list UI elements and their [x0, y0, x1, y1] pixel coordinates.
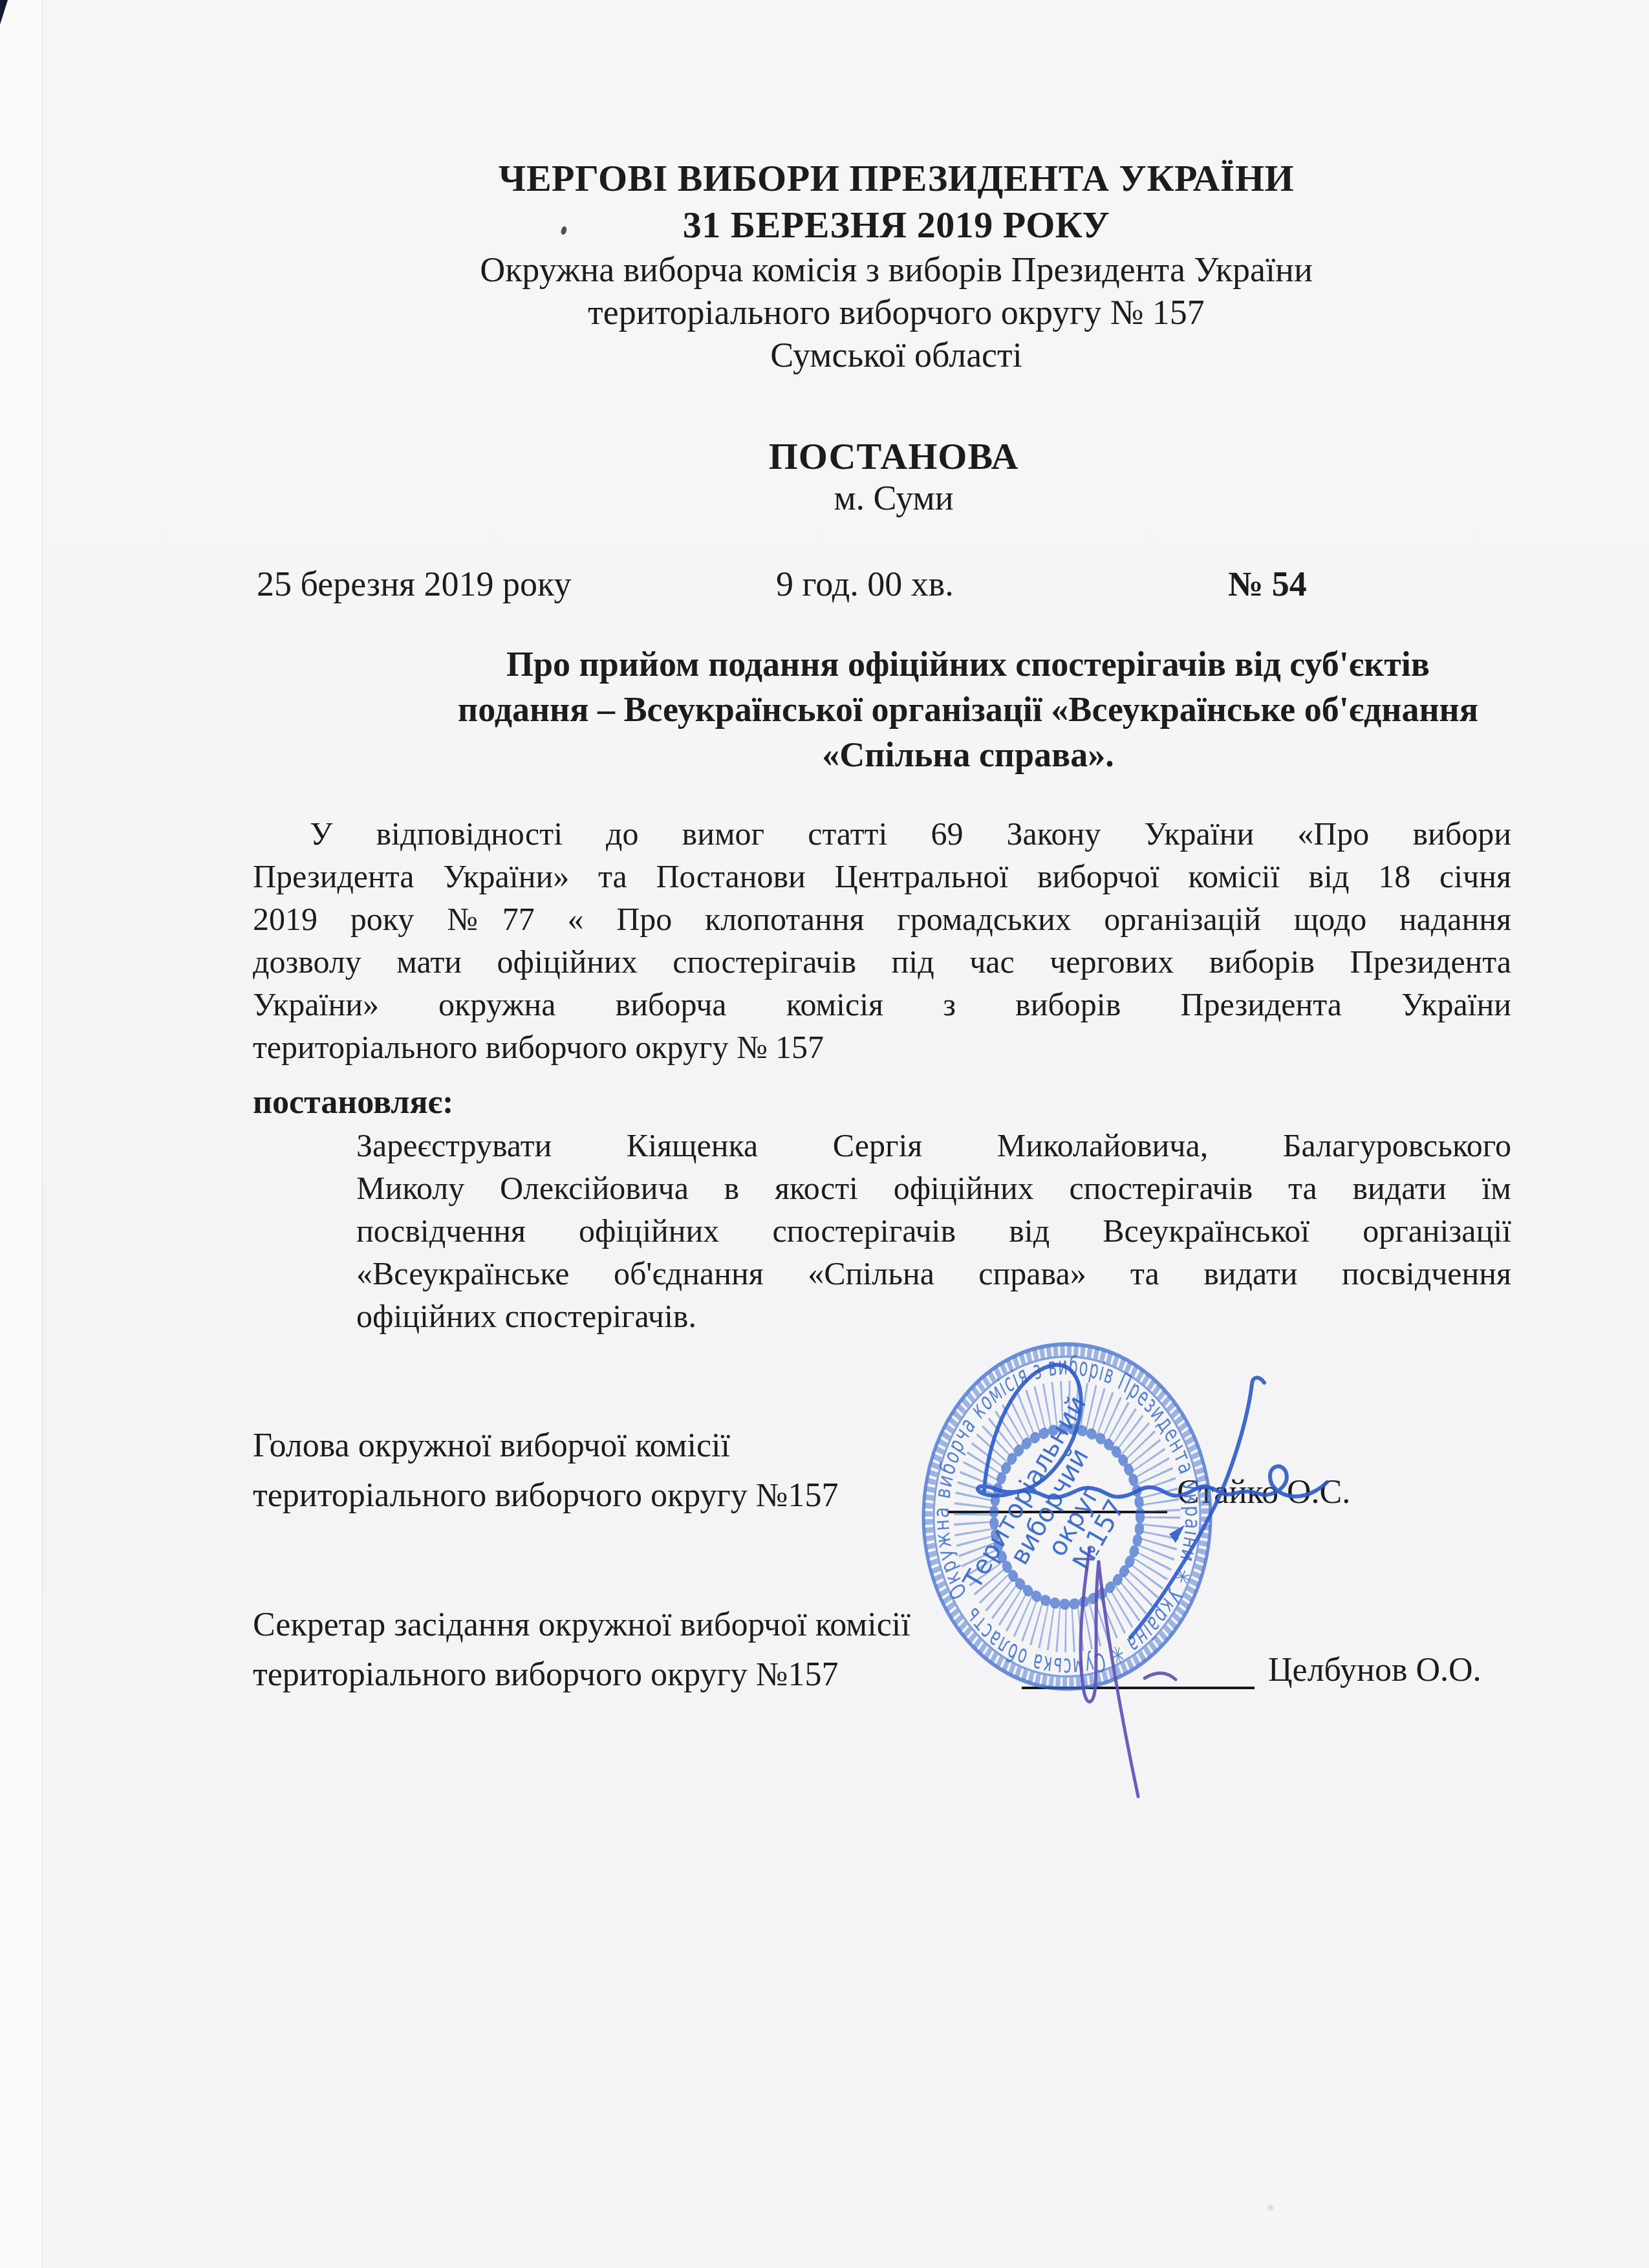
subject-block: Про прийом подання офіційних спостерігач… [339, 642, 1597, 777]
date-row: 25 березня 2019 року 9 год. 00 хв. № 54 [253, 564, 1511, 607]
header-line-1: ЧЕРГОВІ ВИБОРИ ПРЕЗИДЕНТА УКРАЇНИ [267, 155, 1525, 202]
body-paragraph: У відповідності до вимог статті 69 Закон… [253, 812, 1511, 1068]
secretary-role-line-1: Секретар засідання окружної виборчої ком… [253, 1606, 911, 1645]
head-role-line-2: територіального виборчого округу №157 [253, 1476, 838, 1515]
document-type-label: ПОСТАНОВА [264, 436, 1523, 477]
resolves-label: постановляє: [253, 1081, 453, 1124]
header-line-3: Окружна виборча комісія з виборів Презид… [267, 248, 1525, 291]
resolution-line: Миколу Олексійовича в якості офіційних с… [356, 1167, 1511, 1209]
subject-line-2: подання – Всеукраїнської організації «Вс… [339, 687, 1597, 732]
body-line: дозволу мати офіційних спостерігачів під… [253, 940, 1511, 983]
resolution-line: офіційних спостерігачів. [356, 1295, 1511, 1337]
header-line-2: 31 БЕРЕЗНЯ 2019 РОКУ [267, 202, 1525, 248]
body-line: України» окружна виборча комісія з вибор… [253, 983, 1511, 1026]
secretary-signature-underline [1022, 1687, 1255, 1689]
document-header: ЧЕРГОВІ ВИБОРИ ПРЕЗИДЕНТА УКРАЇНИ 31 БЕР… [267, 155, 1525, 376]
header-line-5: Сумської області [267, 334, 1525, 376]
document-place: м. Суми [264, 477, 1523, 519]
subject-line-1: Про прийом подання офіційних спостерігач… [339, 642, 1597, 687]
subject-line-3: «Спільна справа». [339, 732, 1597, 777]
document-date: 25 березня 2019 року [257, 564, 571, 604]
body-line: У відповідності до вимог статті 69 Закон… [253, 812, 1511, 855]
document-time: 9 год. 00 хв. [776, 564, 954, 604]
document-page: ЧЕРГОВІ ВИБОРИ ПРЕЗИДЕНТА УКРАЇНИ 31 БЕР… [0, 0, 1649, 2268]
body-line: Президента України» та Постанови Централ… [253, 855, 1511, 898]
head-signer-name: Стайко О.С. [1177, 1473, 1350, 1512]
header-line-4: територіального виборчого округу № 157 [267, 291, 1525, 334]
resolution-line: посвідчення офіційних спостерігачів від … [356, 1209, 1511, 1252]
secretary-role-line-2: територіального виборчого округу №157 [253, 1656, 838, 1694]
resolution-paragraph: Зареєструвати Кіященка Сергія Миколайови… [356, 1124, 1511, 1337]
document-type-block: ПОСТАНОВА м. Суми [264, 436, 1523, 519]
document-number: № 54 [1228, 564, 1307, 604]
resolution-line: Зареєструвати Кіященка Сергія Миколайови… [356, 1124, 1511, 1167]
scan-paper-edge [0, 0, 43, 2268]
head-role-line-1: Голова окружної виборчої комісії [253, 1427, 730, 1465]
body-line: 2019 року №77 « Про клопотання громадськ… [253, 898, 1511, 940]
document-content: ЧЕРГОВІ ВИБОРИ ПРЕЗИДЕНТА УКРАЇНИ 31 БЕР… [253, 0, 1511, 2268]
resolution-line: «Всеукраїнське об'єднання «Спільна справ… [356, 1252, 1511, 1295]
secretary-signer-name: Целбунов О.О. [1268, 1651, 1482, 1690]
body-line: територіального виборчого округу № 157 [253, 1026, 1511, 1068]
head-signature-underline [948, 1511, 1167, 1513]
